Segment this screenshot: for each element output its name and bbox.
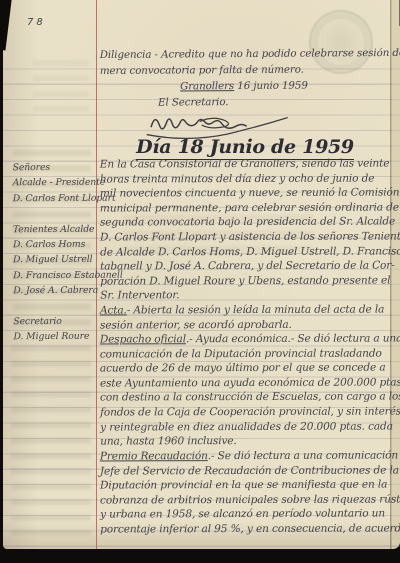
session-heading: Día 18 Junio de 1959	[100, 136, 390, 158]
text-line	[13, 206, 97, 222]
premio-first-line: Premio Recaudación.- Se dió lectura a un…	[100, 448, 392, 464]
text-line: tabanell y D. José A. Cabrera, y del Sec…	[100, 259, 392, 275]
paragraph-acta: Acta.- Abierta la sesión y leída la minu…	[100, 302, 392, 332]
text-line: una, hasta 1960 inclusive.	[100, 434, 392, 450]
text-line: D. Francisco Estabanell	[13, 268, 97, 284]
ink-showthrough	[33, 60, 89, 120]
text-line	[13, 298, 97, 314]
text-line: este Ayuntamiento una ayuda económica de…	[100, 375, 392, 391]
text-line: segunda convocatoria bajo la presidencia…	[100, 215, 392, 231]
text-line: Señores	[13, 160, 97, 176]
text-line: Diligencia - Acredito que no ha podido c…	[100, 45, 388, 63]
text-line: sesión anterior, se acordó aprobarla.	[100, 317, 392, 333]
ledger-paper: 78 Diligencia - Acredito que no ha podid…	[3, 0, 400, 549]
text-line: D. Miguel Ustrell	[13, 252, 97, 268]
apertura-lines: En la Casa Consistorial de Granollers, s…	[100, 156, 393, 303]
text-line: poración D. Miguel Roure y Ubens, estand…	[100, 273, 392, 289]
text-line: Tenientes Alcalde	[13, 221, 97, 237]
acta-lines: sesión anterior, se acordó aprobarla.	[100, 317, 392, 333]
binding-corner	[0, 0, 12, 51]
text-line: D. Carlos Homs	[13, 237, 97, 253]
text-line: Secretario	[13, 314, 97, 330]
acta-first-line: Acta.- Abierta la sesión y leída la minu…	[100, 302, 392, 318]
paragraph-premio: Premio Recaudación.- Se dió lectura a un…	[100, 448, 392, 537]
premio-lead: Premio Recaudación	[100, 450, 208, 462]
text-line: D. Miguel Roure	[13, 329, 97, 345]
text-line: D. Carlos Font Llopart y asistencia de l…	[100, 229, 392, 245]
text-line: Jefe del Servicio de Recaudación de Cont…	[100, 463, 392, 479]
text-line: cobranza de arbitrios municipales sobre …	[100, 492, 392, 508]
text-line: comunicación de la Diputación provincial…	[100, 346, 392, 362]
despacho-first-line: Despacho oficial.- Ayuda económica.- Se …	[100, 332, 392, 348]
text-line: y urbana en 1958, se alcanzó en período …	[100, 507, 392, 523]
date-text: 16 junio 1959	[234, 80, 308, 93]
minutes-body: En la Casa Consistorial de Granollers, s…	[100, 157, 392, 536]
text-line: acuerdo de 26 de mayo último por el que …	[100, 361, 392, 377]
text-line: Diputación provincial en la que se manif…	[100, 478, 392, 494]
paragraph-despacho: Despacho oficial.- Ayuda económica.- Se …	[100, 332, 392, 450]
place-name: Granollers	[180, 80, 234, 92]
text-line: y reintegrable en diez anualidades de 20…	[100, 419, 392, 435]
diligencia-lines: Diligencia - Acredito que no ha podido c…	[100, 45, 388, 79]
acta-rest: - Abierta la sesión y leída la minuta de…	[127, 303, 385, 316]
text-line: fondos de la Caja de Cooperación provinc…	[100, 405, 392, 421]
despacho-lead: Despacho oficial	[100, 333, 186, 345]
premio-lines: Jefe del Servicio de Recaudación de Cont…	[100, 463, 392, 537]
attendee-margin-list: SeñoresAlcalde - PresidenteD. Carlos Fon…	[13, 160, 98, 345]
text-line: horas treinta minutos del día diez y och…	[100, 171, 392, 187]
text-line: porcentaje inferior al 95 %, y en consec…	[100, 521, 392, 537]
paragraph-apertura: En la Casa Consistorial de Granollers, s…	[100, 156, 393, 303]
text-line: D. José A. Cabrera	[13, 283, 97, 299]
text-line: mil novecientos cincuenta y nueve, se re…	[100, 186, 392, 202]
scanned-minutes-page: 78 Diligencia - Acredito que no ha podid…	[0, 0, 400, 563]
text-line: D. Carlos Font Llopart	[13, 191, 97, 207]
premio-rest: .- Se dió lectura a una comunicación del	[208, 449, 400, 462]
text-line: municipal permanente, para celebrar sesi…	[100, 200, 392, 216]
acta-lead: Acta.	[100, 304, 127, 316]
ink-showthrough	[11, 345, 91, 535]
pencil-page-number: 78	[27, 17, 46, 28]
text-line: En la Casa Consistorial de Granollers, s…	[100, 156, 392, 172]
text-line: de Alcalde D. Carlos Homs, D. Miguel Ust…	[100, 244, 392, 260]
despacho-lines: comunicación de la Diputación provincial…	[100, 346, 392, 449]
text-line: Alcalde - Presidente	[13, 175, 97, 191]
diligencia-note: Diligencia - Acredito que no ha podido c…	[100, 45, 389, 148]
despacho-rest: .- Ayuda económica.- Se dió lectura a un…	[186, 333, 400, 346]
text-line: Sr. Interventor.	[100, 288, 392, 304]
text-line: con destino a la construcción de Escuela…	[100, 390, 392, 406]
